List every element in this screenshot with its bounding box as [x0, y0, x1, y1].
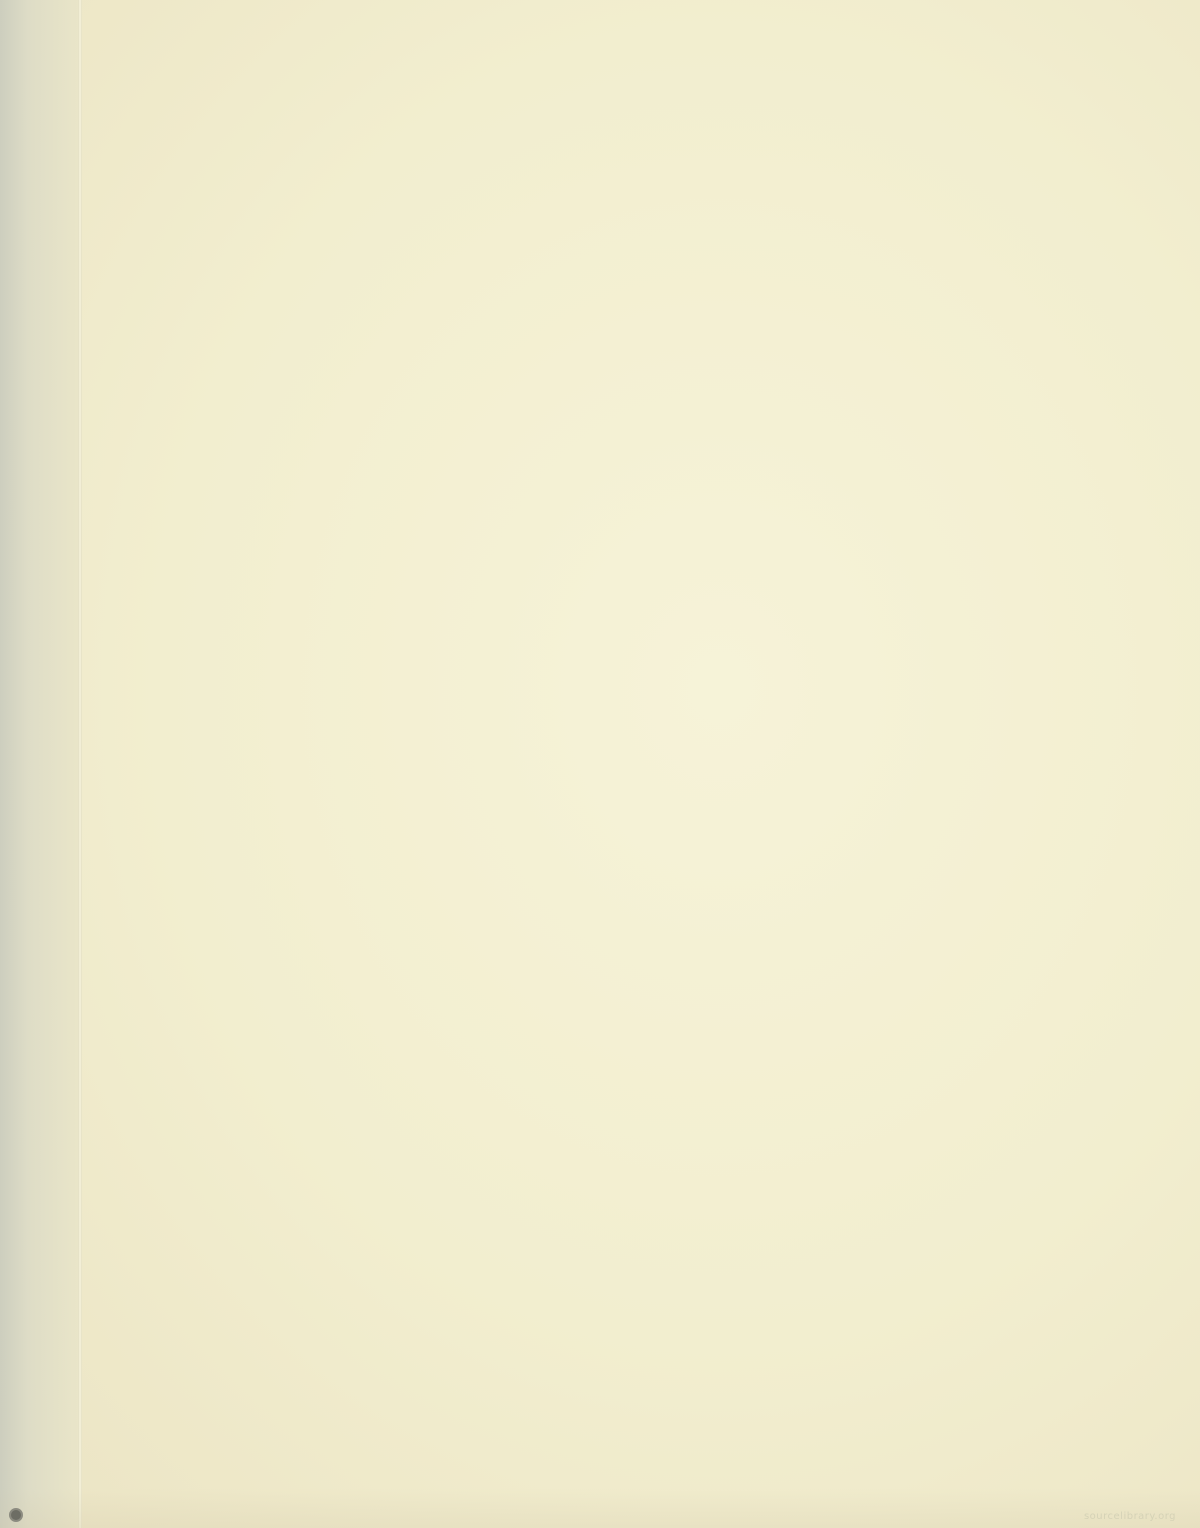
scanned-page: sourcelibrary.org — [0, 0, 1200, 1528]
source-watermark: sourcelibrary.org — [1084, 1511, 1176, 1522]
page-spine-shadow — [0, 0, 80, 1528]
page-fold-line — [78, 0, 82, 1528]
page-bottom-shade — [0, 1488, 1200, 1528]
binding-hole-icon — [9, 1508, 23, 1522]
